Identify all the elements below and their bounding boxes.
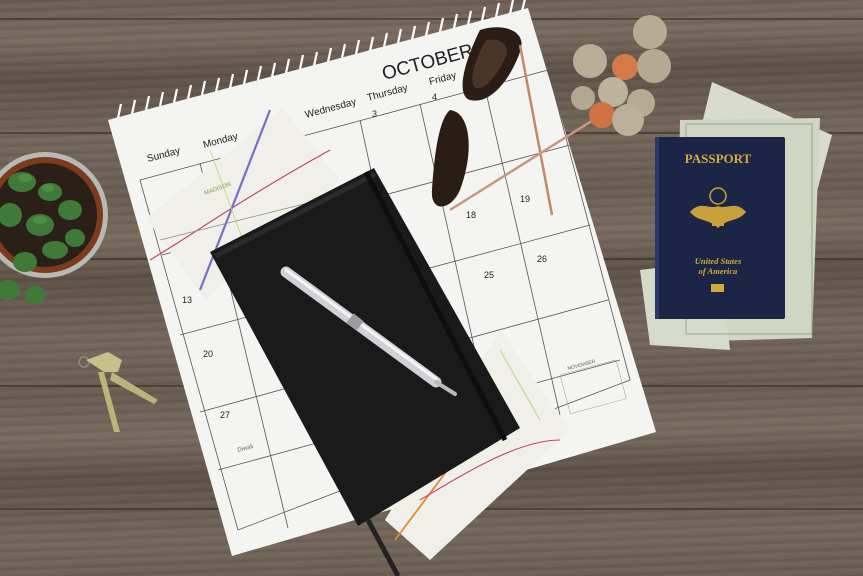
passport-title: PASSPORT <box>685 151 752 166</box>
svg-text:18: 18 <box>466 210 476 220</box>
succulent-plant <box>0 152 108 304</box>
scene: OCTOBER 20 Sunday Monday Wednesday Thurs… <box>0 0 863 576</box>
svg-text:of America: of America <box>699 266 738 276</box>
chip-icon <box>711 284 724 292</box>
svg-text:19: 19 <box>520 194 530 204</box>
svg-text:26: 26 <box>537 254 547 264</box>
svg-text:25: 25 <box>484 270 494 280</box>
svg-text:20: 20 <box>203 349 213 359</box>
svg-text:United States: United States <box>695 256 742 266</box>
coins <box>571 15 671 136</box>
passport: PASSPORT United States of America <box>655 137 785 319</box>
svg-text:4: 4 <box>432 92 437 102</box>
svg-text:27: 27 <box>220 410 230 420</box>
svg-text:13: 13 <box>182 295 192 305</box>
keys <box>79 352 158 432</box>
svg-text:3: 3 <box>372 109 377 119</box>
